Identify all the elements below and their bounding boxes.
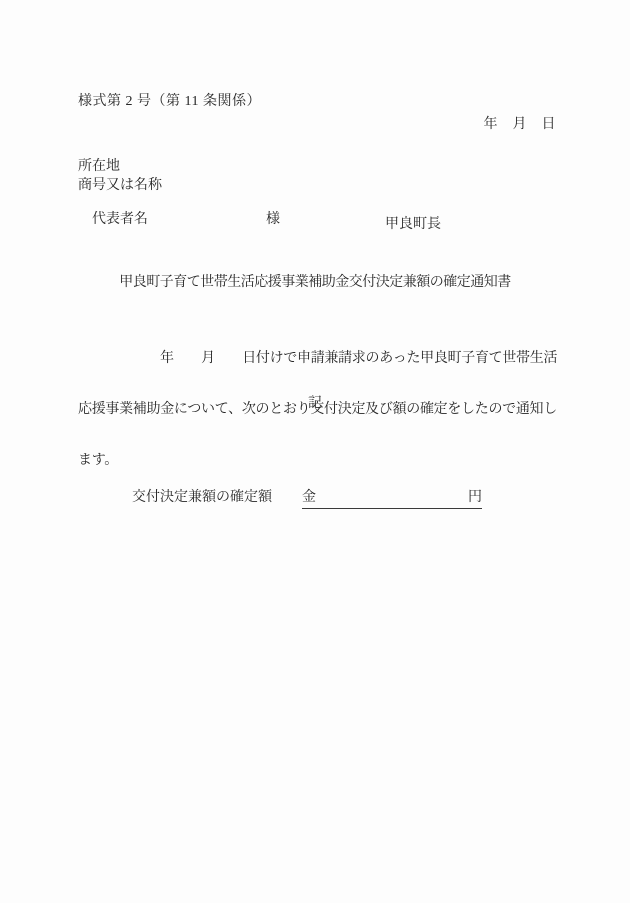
amount-label: 交付決定兼額の確定額 [132, 490, 272, 505]
addressee-representative-label: 代表者名 [92, 212, 148, 227]
amount-blank-line: 金円 [302, 490, 482, 509]
amount-row: 交付決定兼額の確定額金円 [118, 474, 482, 525]
document-title: 甲良町子育て世帯生活応援事業補助金交付決定兼額の確定通知書 [0, 275, 630, 291]
addressee-company-label: 商号又は名称 [78, 178, 162, 194]
document-page: 様式第 2 号（第 11 条関係） 年 月 日 所在地 商号又は名称 代表者名様… [0, 0, 630, 903]
body-line-1: 年 月 日付けで申請兼請求のあった甲良町子育て世帯生活 [78, 349, 558, 368]
list-marker: 記 [0, 396, 630, 412]
addressee-representative-line: 代表者名様 [78, 196, 280, 244]
sender-title: 甲良町長 [385, 217, 441, 233]
amount-currency-prefix: 金 [302, 490, 316, 505]
addressee-honorific: 様 [266, 212, 280, 228]
addressee-address-label: 所在地 [78, 159, 120, 175]
amount-currency-suffix: 円 [468, 490, 482, 505]
body-line-3: ます。 [78, 451, 558, 470]
form-number: 様式第 2 号（第 11 条関係） [78, 94, 261, 110]
date-blank-line: 年 月 日 [484, 117, 557, 133]
